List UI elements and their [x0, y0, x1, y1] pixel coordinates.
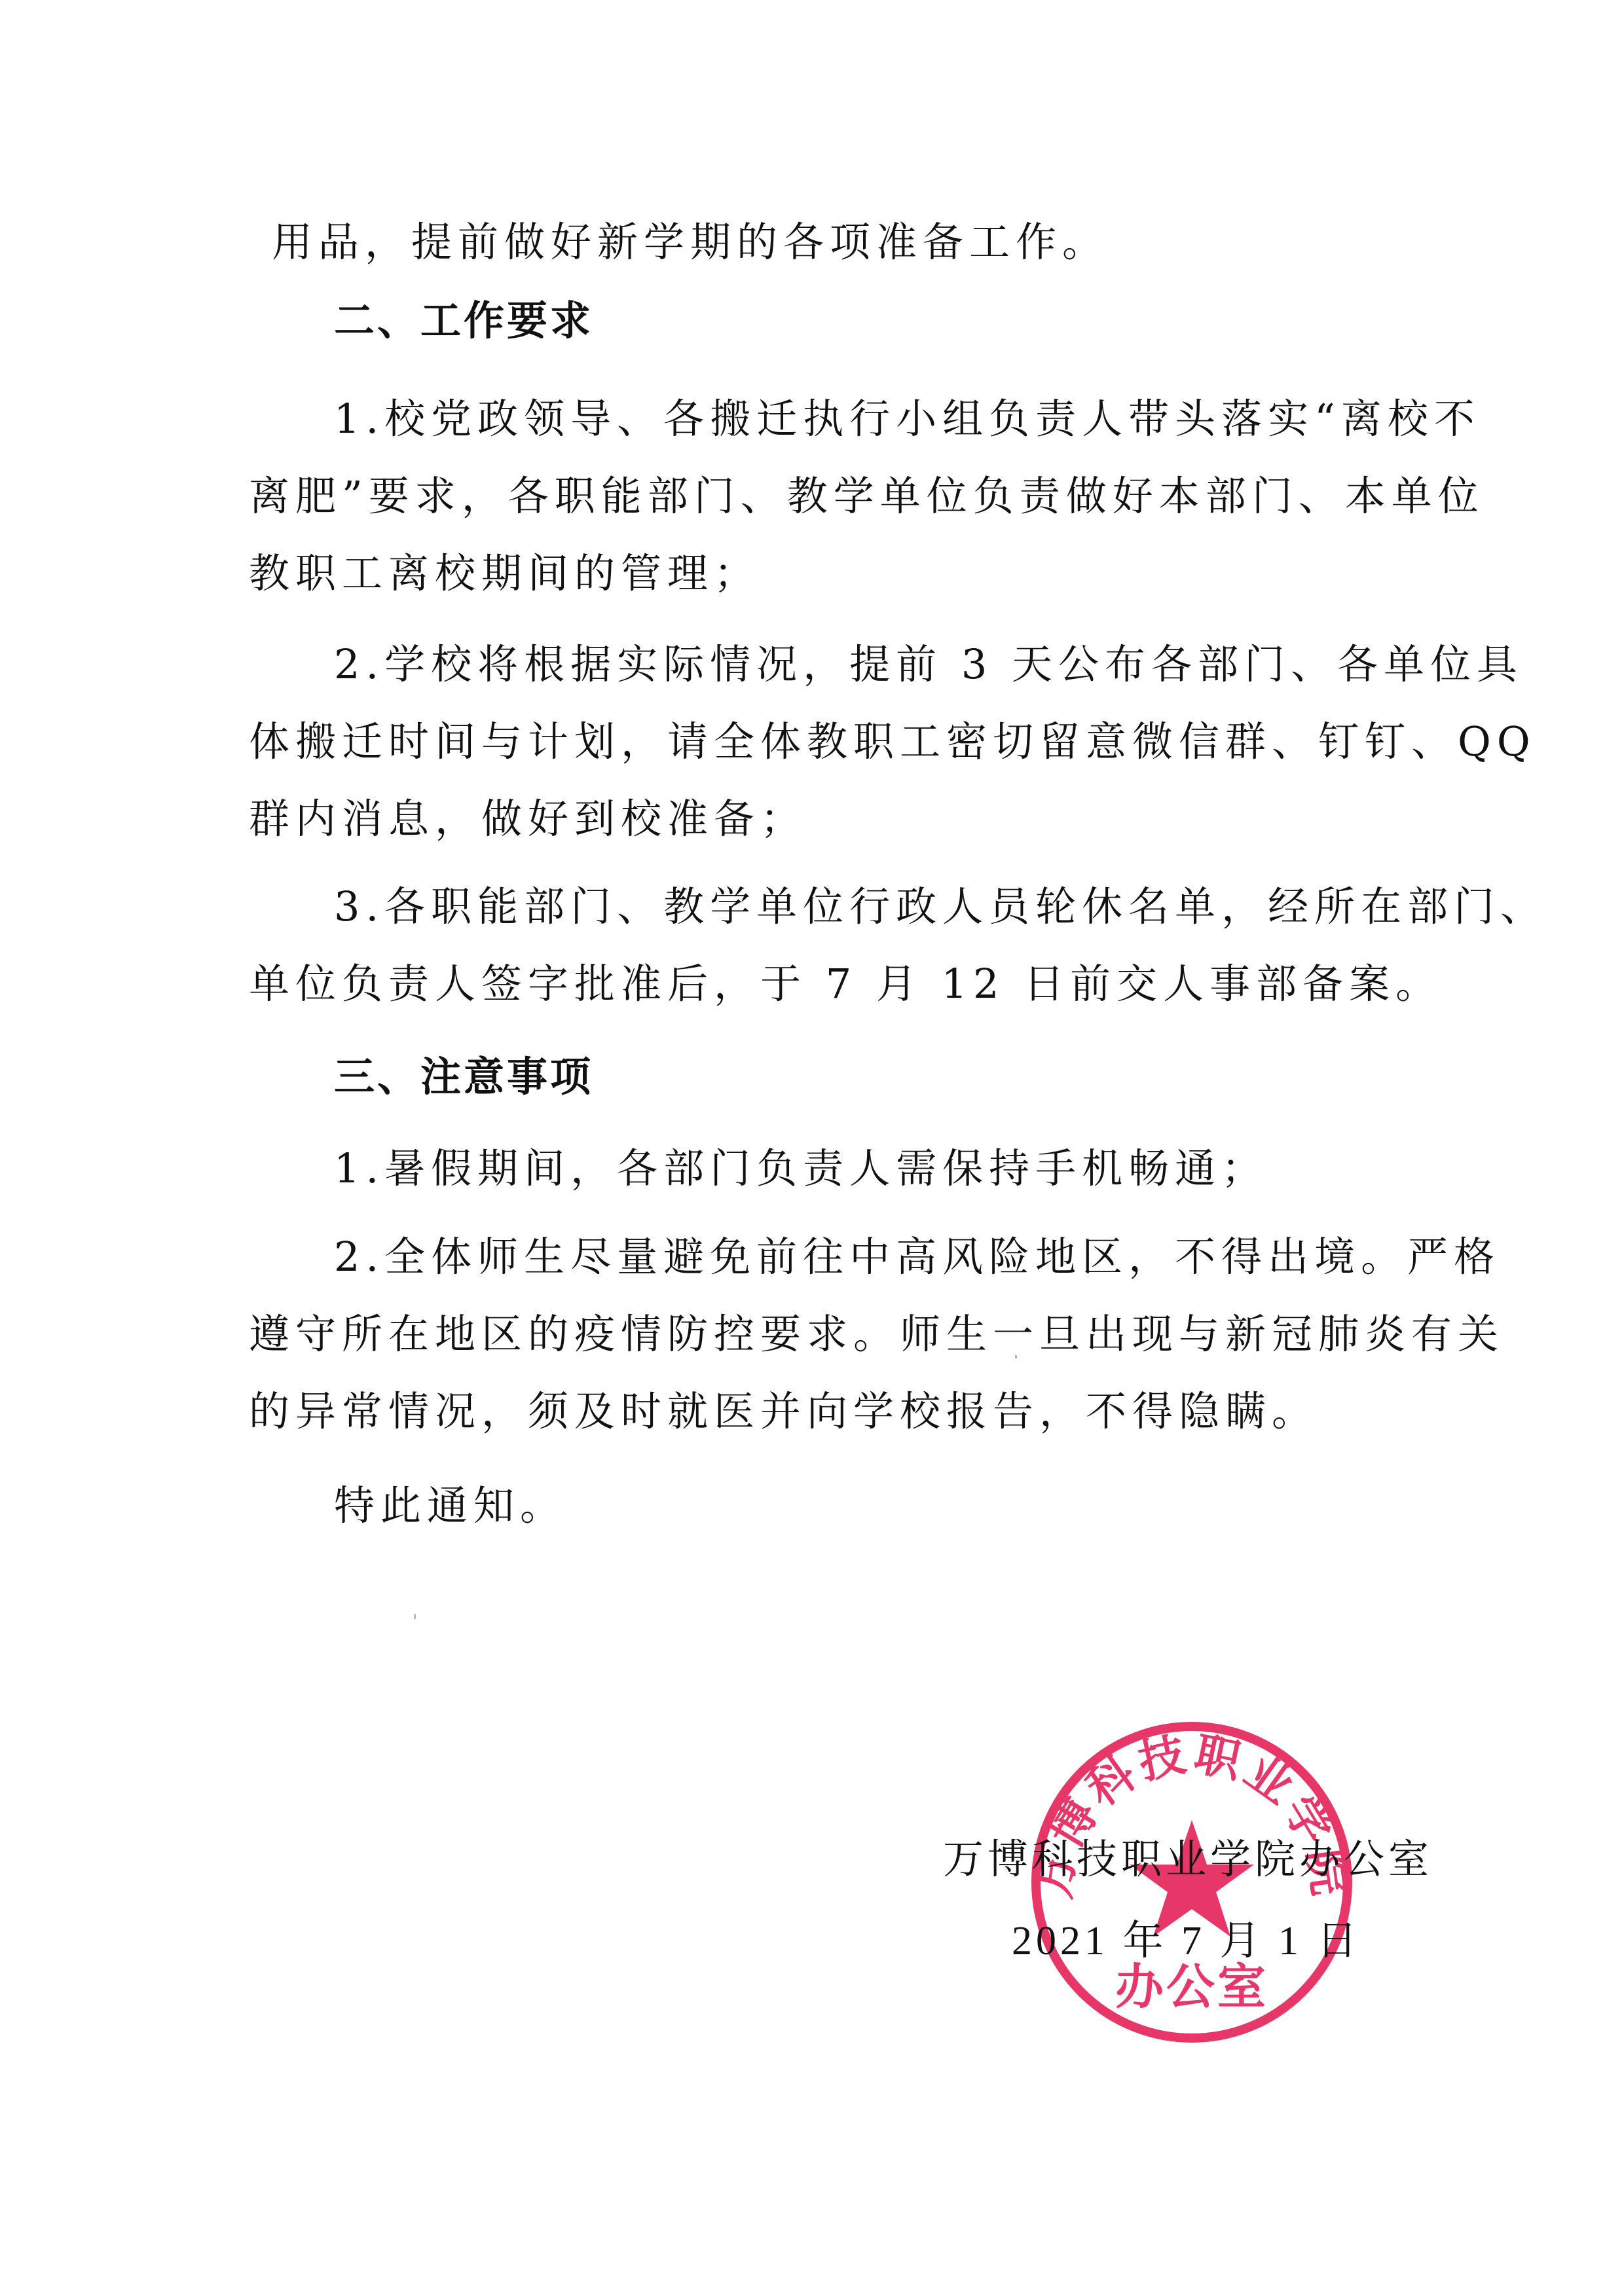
section-heading-requirements: 二、工作要求: [334, 295, 593, 347]
document-page: 用品，提前做好新学期的各项准备工作。 二、工作要求 1.校党政领导、各搬迁执行小…: [0, 0, 1624, 2296]
closing-line: 特此通知。: [334, 1480, 566, 1532]
signature-organization: 万博科技职业学院办公室: [943, 1833, 1433, 1886]
section-heading-notes: 三、注意事项: [334, 1051, 593, 1103]
requirement-3-line-1: 3.各职能部门、教学单位行政人员轮休名单，经所在部门、: [334, 881, 1437, 933]
requirement-2-line-2: 体搬迁时间与计划，请全体教职工密切留意微信群、钉钉、QQ: [249, 716, 1437, 768]
requirement-1-line-2: 离肥”要求，各职能部门、教学单位负责做好本部门、本单位: [249, 470, 1437, 522]
signature-date: 2021 年 7 月 1 日: [1012, 1915, 1361, 1967]
note-2-line-2: 遵守所在地区的疫情防控要求。师生一旦出现与新冠肺炎有关: [249, 1308, 1437, 1360]
note-1-line-1: 1.暑假期间，各部门负责人需保持手机畅通；: [334, 1142, 1268, 1195]
note-2-line-3: 的异常情况，须及时就医并向学校报告，不得隐瞒。: [249, 1385, 1318, 1438]
requirement-3-line-2: 单位负责人签字批准后，于 7 月 12 日前交人事部备案。: [249, 958, 1442, 1010]
note-2-line-1: 2.全体师生尽量避免前往中高风险地区，不得出境。严格: [334, 1231, 1437, 1283]
requirement-1-line-3: 教职工离校期间的管理；: [249, 547, 760, 600]
requirement-2-line-3: 群内消息，做好到校准备；: [249, 793, 807, 845]
scan-speck: [414, 1614, 416, 1619]
official-seal-stamp: 万博科技职业学院 办公室: [1022, 1715, 1362, 2056]
requirement-1-line-1: 1.校党政领导、各搬迁执行小组负责人带头落实“离校不: [334, 393, 1437, 445]
requirement-2-line-1: 2.学校将根据实际情况，提前 3 天公布各部门、各单位具: [334, 638, 1437, 691]
scan-speck: [1015, 1355, 1017, 1358]
continuation-line: 用品，提前做好新学期的各项准备工作。: [272, 216, 1109, 268]
